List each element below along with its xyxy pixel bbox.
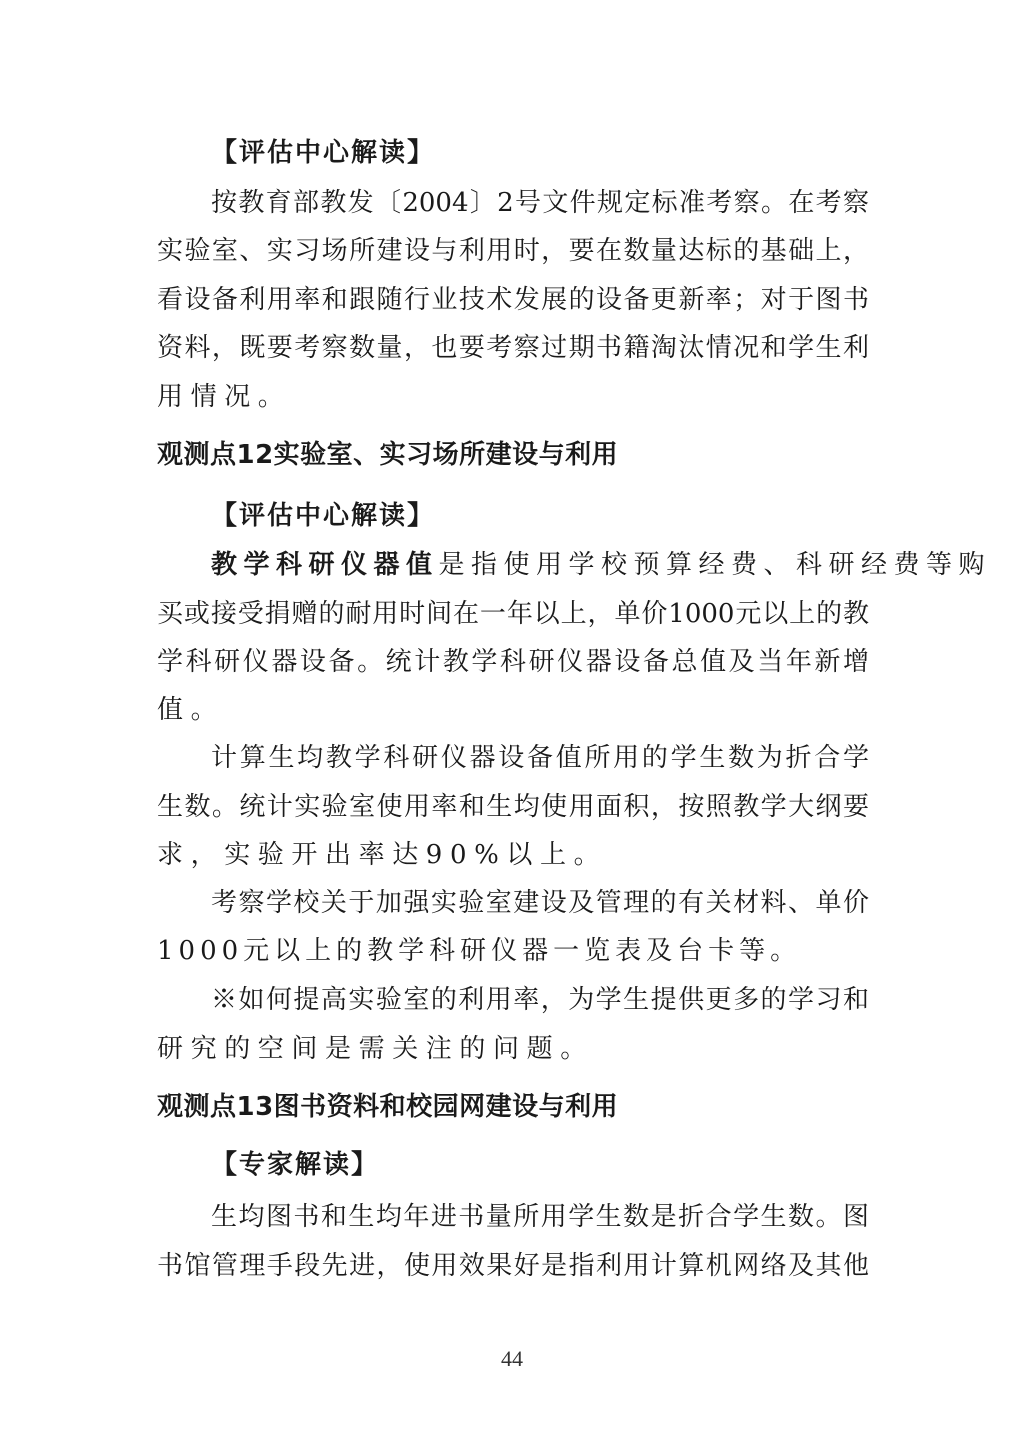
- paragraph-line: ※如何提高实验室的利用率，为学生提供更多的学习和: [211, 983, 869, 1017]
- paragraph-line: 买或接受捐赠的耐用时间在一年以上，单价1000元以上的教: [157, 597, 869, 631]
- document-page: 【评估中心解读】 按教育部教发〔2004〕2号文件规定标准考察。在考察 实验室、…: [0, 0, 1024, 1448]
- paragraph-line: 值。: [157, 693, 869, 727]
- paragraph-line: 1000元以上的教学科研仪器一览表及台卡等。: [157, 934, 869, 968]
- paragraph-line: 资料，既要考察数量，也要考察过期书籍淘汰情况和学生利: [157, 331, 869, 365]
- bold-term: 教学科研仪器值: [211, 550, 439, 580]
- paragraph-line: 用情况。: [157, 380, 869, 414]
- paragraph-line: 教学科研仪器值是指使用学校预算经费、科研经费等购: [211, 548, 869, 582]
- section-heading-observation-12: 观测点12实验室、实习场所建设与利用: [157, 438, 869, 472]
- paragraph-line: 计算生均教学科研仪器设备值所用的学生数为折合学: [211, 741, 869, 775]
- paragraph-line: 考察学校关于加强实验室建设及管理的有关材料、单价: [211, 886, 869, 920]
- paragraph-line: 生数。统计实验室使用率和生均使用面积，按照教学大纲要: [157, 790, 869, 824]
- section-heading-observation-13: 观测点13图书资料和校园网建设与利用: [157, 1090, 869, 1124]
- paragraph-line-text: 是指使用学校预算经费、科研经费等购: [439, 550, 992, 580]
- paragraph-line: 看设备利用率和跟随行业技术发展的设备更新率；对于图书: [157, 283, 869, 317]
- bracket-heading-evaluation-center-1: 【评估中心解读】: [211, 136, 869, 170]
- bracket-heading-evaluation-center-2: 【评估中心解读】: [211, 499, 869, 533]
- paragraph-line: 学科研仪器设备。统计教学科研仪器设备总值及当年新增: [157, 645, 869, 679]
- paragraph-line: 书馆管理手段先进，使用效果好是指利用计算机网络及其他: [157, 1249, 869, 1283]
- paragraph-line: 求，实验开出率达90%以上。: [157, 838, 869, 872]
- bracket-heading-expert: 【专家解读】: [211, 1148, 869, 1182]
- paragraph-line: 按教育部教发〔2004〕2号文件规定标准考察。在考察: [211, 186, 869, 220]
- paragraph-line: 实验室、实习场所建设与利用时，要在数量达标的基础上，: [157, 234, 869, 268]
- paragraph-line: 研究的空间是需关注的问题。: [157, 1032, 869, 1066]
- page-number: 44: [480, 1346, 544, 1372]
- paragraph-line: 生均图书和生均年进书量所用学生数是折合学生数。图: [211, 1200, 869, 1234]
